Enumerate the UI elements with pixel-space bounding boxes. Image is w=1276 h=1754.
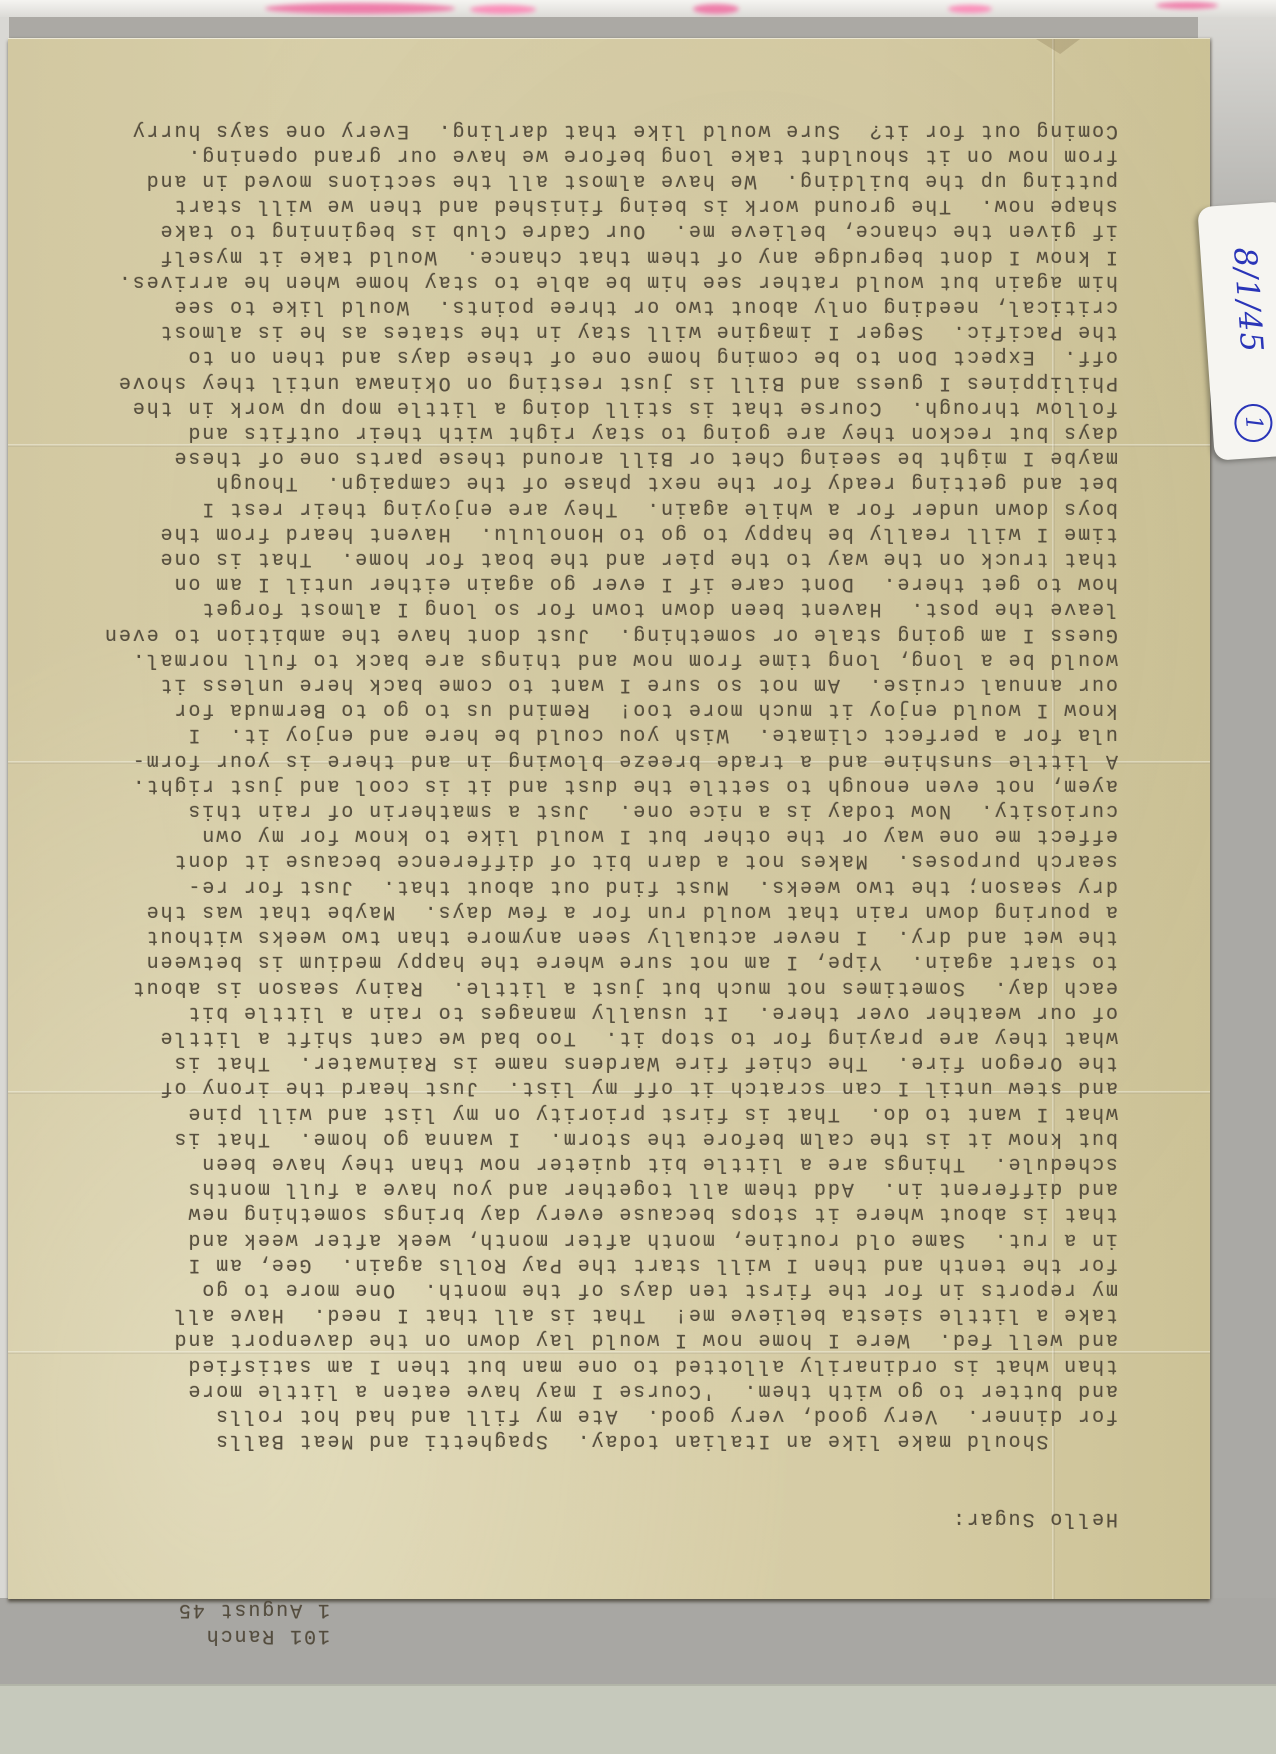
- letterhead-line: 1 August 45: [96, 1597, 330, 1622]
- letter-line: for dinner. Very good, very good. Ate my…: [96, 1403, 1118, 1428]
- letter-line: my reports in for the first ten days of …: [96, 1277, 1118, 1302]
- pink-highlighter-smudge: [470, 5, 536, 14]
- letter-line: I know I dont begrudge any of them that …: [96, 243, 1118, 268]
- letter-body: Should make like an Italian today. Spagh…: [96, 117, 1118, 1453]
- letter-line: follow through. Course that is still doi…: [96, 395, 1118, 420]
- letter-line: if given the chance, believe me. Our Cad…: [96, 218, 1118, 243]
- letter-line: take a little siesta believe me! That is…: [96, 1302, 1118, 1327]
- label-page-number: 1: [1233, 403, 1274, 444]
- pink-highlighter-smudge: [693, 4, 739, 14]
- letter-line: know I would enjoy it much more too! Rem…: [96, 697, 1118, 722]
- letter-line: critical, needing only about two or thre…: [96, 294, 1118, 319]
- scanned-letter-page: 101 Ranch1 August 45 Hello Sugar: Should…: [0, 0, 1276, 1754]
- letter-line: a pouring down rain that would run for a…: [96, 899, 1118, 924]
- letter-line: boys down under for a while again. They …: [96, 495, 1118, 520]
- letter-line: what I want to do. That is first priorit…: [96, 1100, 1118, 1125]
- corner-fold-mark: [1036, 39, 1080, 54]
- letter-line: shape now. The ground work is being fini…: [96, 193, 1118, 218]
- letter-line: of our weather over there. It usually ma…: [96, 1000, 1118, 1025]
- salutation: Hello Sugar:: [96, 1506, 1118, 1531]
- letter-line: Guess I am going stale or something. Jus…: [96, 621, 1118, 646]
- letter-line: A little sunshine and a trade breeze blo…: [96, 747, 1118, 772]
- letter-line: and well fed. Were I home now I would la…: [96, 1327, 1118, 1352]
- letter-line: him again but would rather see him be ab…: [96, 269, 1118, 294]
- pink-highlighter-smudge: [948, 5, 992, 13]
- letterhead-line: 101 Ranch: [96, 1622, 330, 1647]
- letter-line: and stew until I can scratch it off my l…: [96, 1075, 1118, 1100]
- letter-line: ula for a perfect climate. Wish you coul…: [96, 722, 1118, 747]
- label-date-handwriting: 8/1/45: [1226, 246, 1269, 354]
- letter-line: dry season; the two weeks. Must find out…: [96, 874, 1118, 899]
- letter-line: our annual cruise. Am not so sure I want…: [96, 672, 1118, 697]
- letter-line: what they are praying for to stop it. To…: [96, 1025, 1118, 1050]
- letter-line: days but reckon they are going to stay r…: [96, 420, 1118, 445]
- letter-line: that is about where it stops because eve…: [96, 1201, 1118, 1226]
- letter-line: the Pacific. Seger I imagine will stay i…: [96, 319, 1118, 344]
- letterhead: 101 Ranch1 August 45: [96, 1597, 330, 1647]
- letter-line: search purposes. Makes not a darn bit of…: [96, 848, 1118, 873]
- letter-line: Should make like an Italian today. Spagh…: [96, 1428, 1118, 1453]
- letter-line: putting up the building. We have almost …: [96, 168, 1118, 193]
- letter-line: how to get there. Dont care if I ever go…: [96, 571, 1118, 596]
- letter-line: for the tenth and then I will start the …: [96, 1252, 1118, 1277]
- letter-line: bet and getting ready for the next phase…: [96, 470, 1118, 495]
- letter-paper: 101 Ranch1 August 45 Hello Sugar: Should…: [8, 38, 1210, 1599]
- pink-highlighter-smudge: [265, 3, 455, 14]
- letter-line: leave the post. Havent been down town fo…: [96, 596, 1118, 621]
- letter-content-upside-down: 101 Ranch1 August 45 Hello Sugar: Should…: [96, 67, 1118, 1698]
- letter-line: the wet and dry. I never actually seen a…: [96, 924, 1118, 949]
- letter-line: from now on it shouldnt take long before…: [96, 143, 1118, 168]
- letter-line: time I will really be happy to go to Hon…: [96, 521, 1118, 546]
- letter-line: curiosity. Now today is a nice one. Just…: [96, 798, 1118, 823]
- scanner-top-edge: [0, 0, 1276, 17]
- letter-line: than what is ordinarily allotted to one …: [96, 1352, 1118, 1377]
- letter-line: to start again. Yipe, I am not sure wher…: [96, 949, 1118, 974]
- letter-line: and butter to go with them. 'Course I ma…: [96, 1378, 1118, 1403]
- letter-line: Philippines I guess and Bill is just res…: [96, 369, 1118, 394]
- letter-line: off. Expect Don to be coming home one of…: [96, 344, 1118, 369]
- letter-line: that truck on the way to the pier and th…: [96, 546, 1118, 571]
- letter-line: maybe I might be seeing Chet or Bill aro…: [96, 445, 1118, 470]
- letter-line: each day. Sometimes not much but just a …: [96, 974, 1118, 999]
- letter-line: ayem, not even enough to settle the dust…: [96, 773, 1118, 798]
- letter-line: in a rut. Same old routine, month after …: [96, 1226, 1118, 1251]
- pink-highlighter-smudge: [1156, 2, 1218, 9]
- letter-line: Coming out for it? Sure would like that …: [96, 117, 1118, 142]
- letter-line: the Oregon fire. The chief fire Wardens …: [96, 1050, 1118, 1075]
- letter-line: and different in. Add them all together …: [96, 1176, 1118, 1201]
- letter-line: schedule. Things are a little bit quiete…: [96, 1151, 1118, 1176]
- letter-line: effect me one way or the other but I wou…: [96, 823, 1118, 848]
- letter-line: would be a long, long time from now and …: [96, 647, 1118, 672]
- letter-line: but know it is the calm before the storm…: [96, 1126, 1118, 1151]
